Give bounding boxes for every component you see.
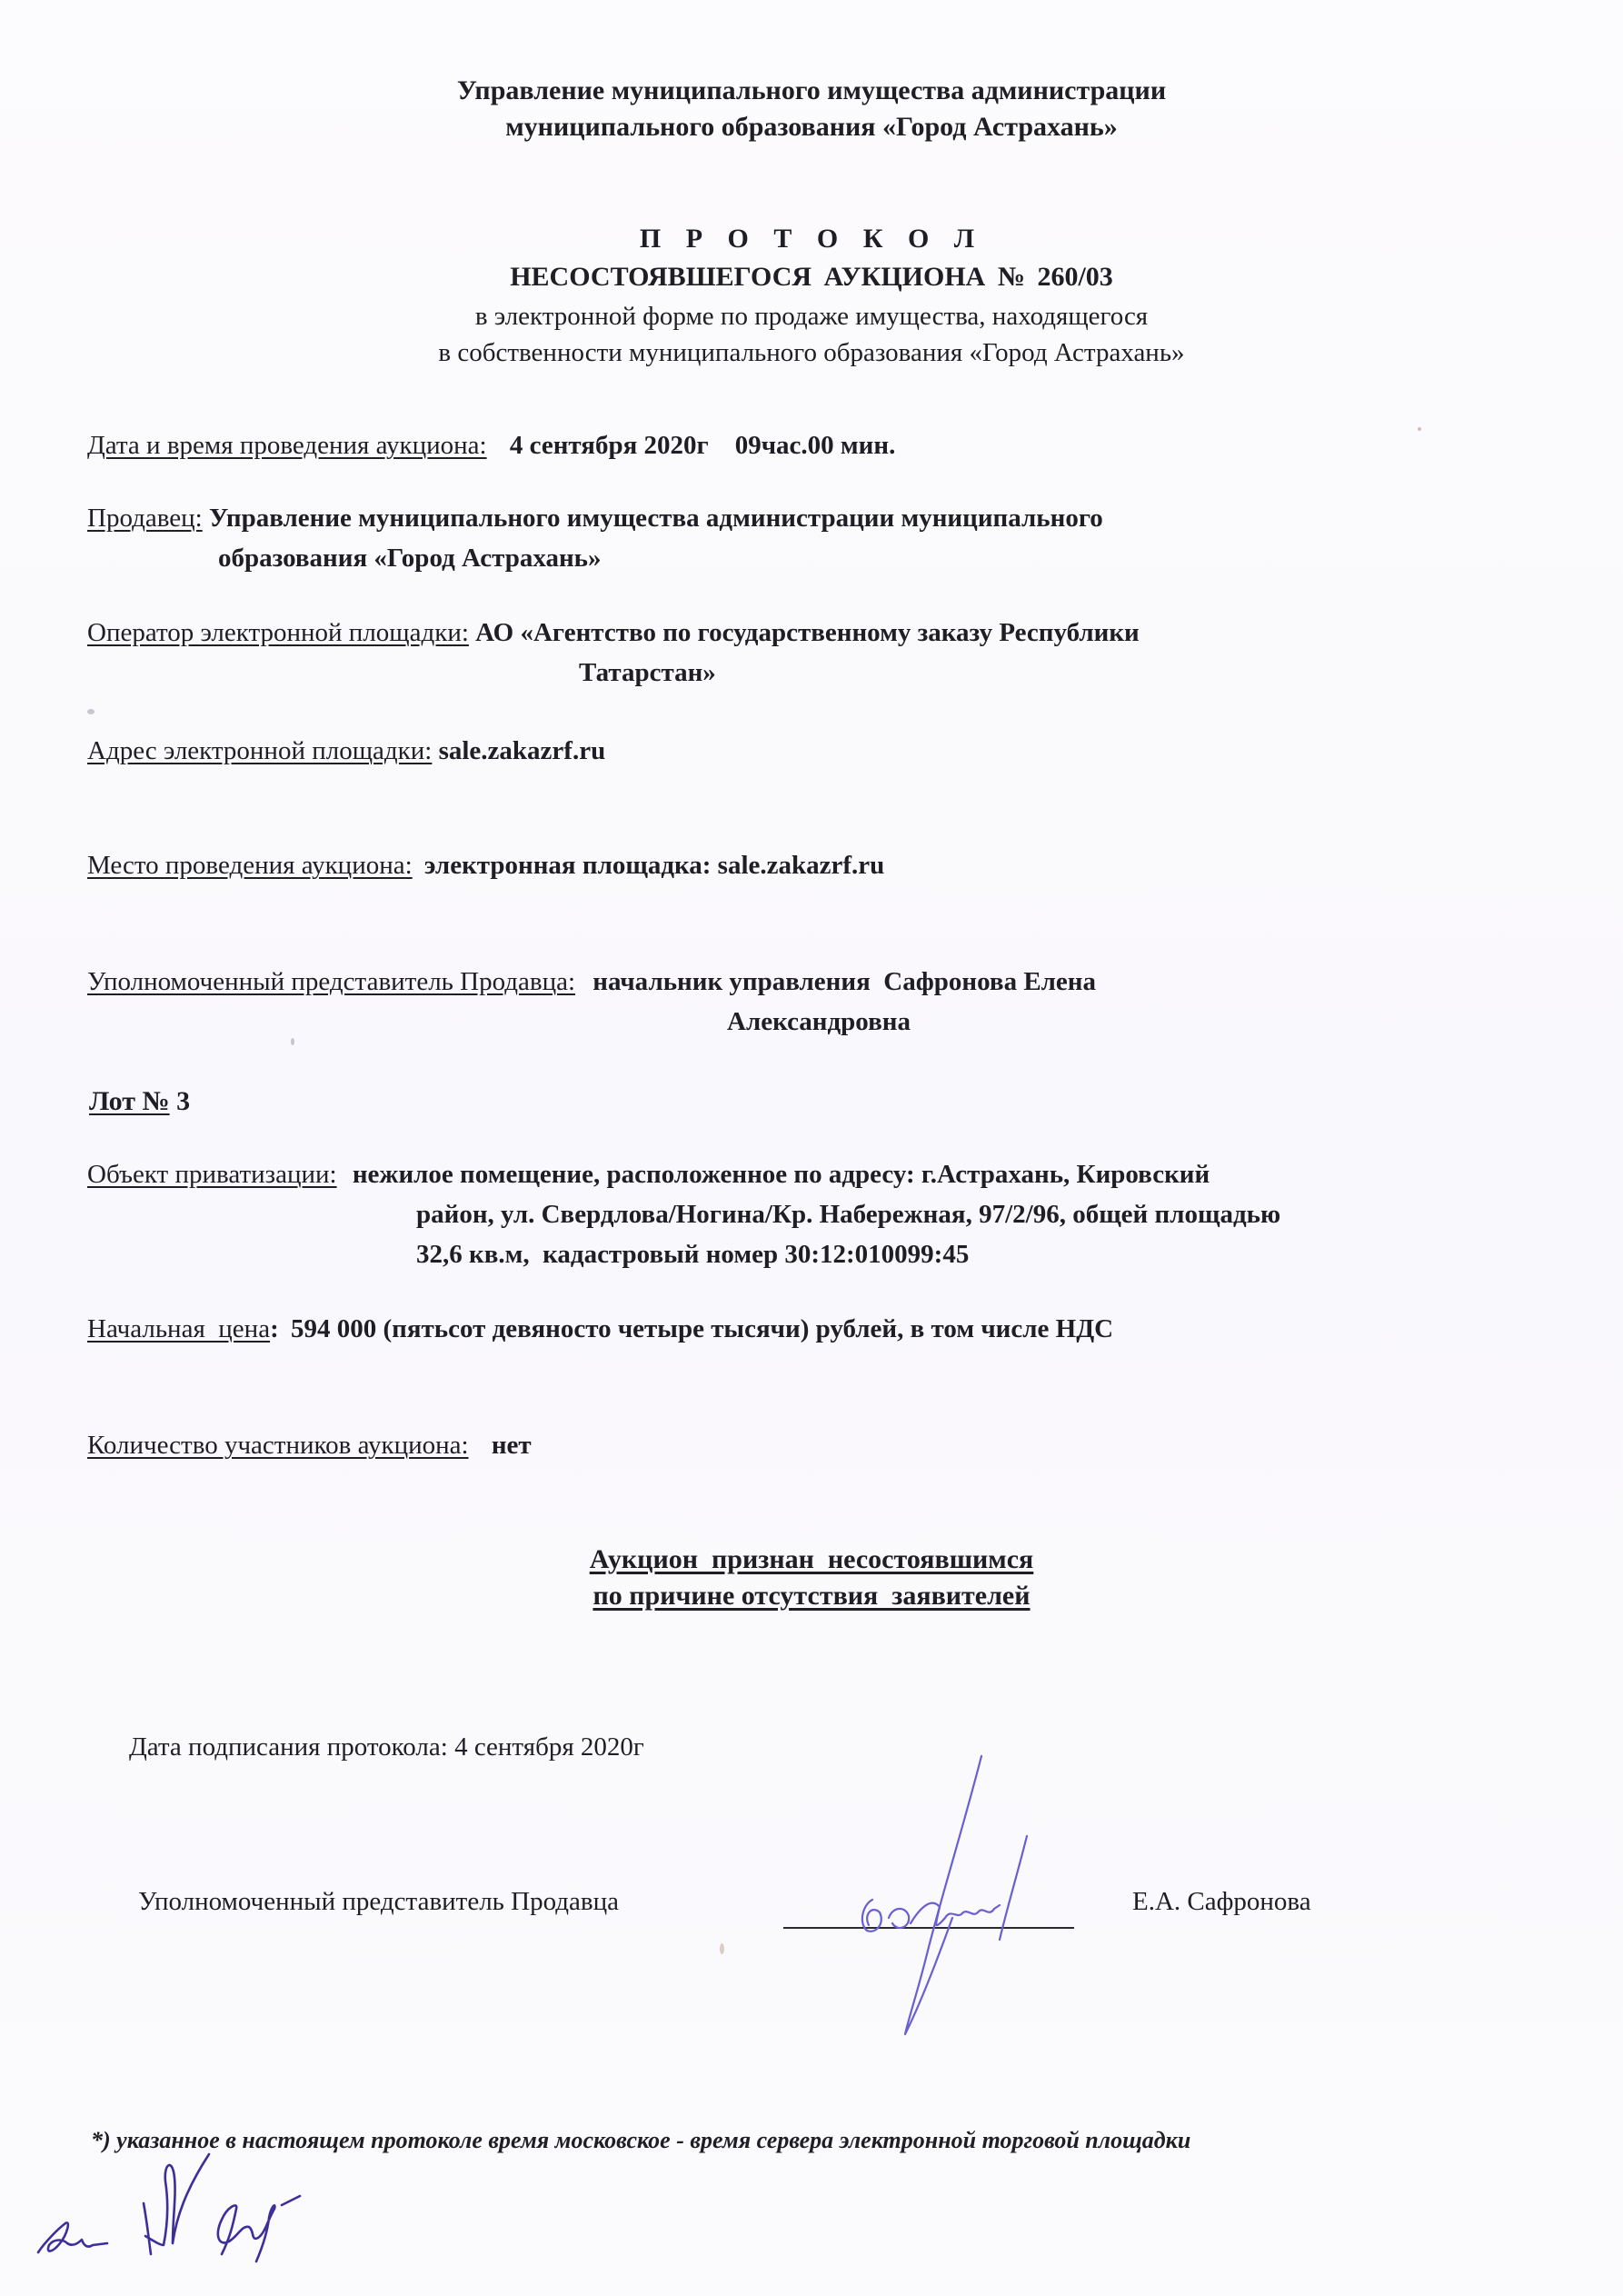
signer-role: Уполномоченный представитель Продавца <box>138 1883 619 1920</box>
field-object: Объект приватизации: нежилое помещение, … <box>87 1156 1210 1193</box>
operator-value-line1: АО «Агентство по государственному заказу… <box>475 618 1140 647</box>
doc-type-title: П Р О Т О К О Л <box>0 224 1623 255</box>
field-start-price: Начальная цена: 594 000 (пятьсот девянос… <box>87 1311 1113 1347</box>
conclusion-line1: Аукцион признан несостоявшимся <box>0 1542 1623 1578</box>
field-object-cont1: район, ул. Свердлова/Ногина/Кр. Набережн… <box>416 1196 1280 1233</box>
footnote: *) указанное в настоящем протоколе время… <box>91 2127 1190 2154</box>
seller-value-line1: Управление муниципального имущества адми… <box>209 504 1103 533</box>
platform-address-label: Адрес электронной площадки: <box>87 736 432 765</box>
field-seller-cont: образования «Город Астрахань» <box>218 540 602 576</box>
document-page: Управление муниципального имущества адми… <box>0 0 1623 2296</box>
seller-value-line2: образования «Город Астрахань» <box>218 544 602 573</box>
object-label: Объект приватизации: <box>87 1160 337 1189</box>
venue-label: Место проведения аукциона: <box>87 851 413 880</box>
signer-name: Е.А. Сафронова <box>1132 1883 1311 1920</box>
participants-value: нет <box>492 1431 532 1460</box>
doc-subtitle-line2: в собственности муниципального образован… <box>0 334 1623 371</box>
venue-value: электронная площадка: sale.zakazrf.ru <box>424 851 884 880</box>
object-value-line2: район, ул. Свердлова/Ногина/Кр. Набережн… <box>416 1200 1280 1229</box>
scan-speck <box>87 709 95 714</box>
field-venue: Место проведения аукциона: электронная п… <box>87 847 884 883</box>
representative-value-line2: Александровна <box>727 1007 911 1036</box>
org-header-line1: Управление муниципального имущества адми… <box>0 73 1623 109</box>
field-datetime: Дата и время проведения аукциона: 4 сент… <box>87 427 895 464</box>
platform-address-value: sale.zakazrf.ru <box>439 736 606 765</box>
field-object-cont2: 32,6 кв.м, кадастровый номер 30:12:01009… <box>416 1236 969 1273</box>
field-representative-cont: Александровна <box>727 1003 911 1040</box>
operator-label: Оператор электронной площадки: <box>87 618 469 647</box>
field-representative: Уполномоченный представитель Продавца: н… <box>87 963 1096 1000</box>
field-operator-cont: Татарстан» <box>579 654 716 691</box>
datetime-value: 4 сентября 2020г 09час.00 мин. <box>510 431 896 460</box>
initials-marks <box>27 2154 327 2272</box>
representative-value-line1: начальник управления Сафронова Елена <box>592 967 1096 996</box>
conclusion-line2: по причине отсутствия заявителей <box>0 1578 1623 1614</box>
participants-label: Количество участников аукциона: <box>87 1431 469 1460</box>
start-price-value: 594 000 (пятьсот девяносто четыре тысячи… <box>291 1314 1113 1343</box>
scan-speck <box>720 1943 724 1954</box>
lot-label: Лот № <box>89 1086 170 1116</box>
org-header-line2: муниципального образования «Город Астрах… <box>0 109 1623 145</box>
field-participants: Количество участников аукциона: нет <box>87 1427 532 1463</box>
conclusion-block: Аукцион признан несостоявшимся по причин… <box>0 1542 1623 1614</box>
start-price-colon: : <box>270 1314 279 1343</box>
datetime-label: Дата и время проведения аукциона: <box>87 431 487 460</box>
seller-label: Продавец: <box>87 504 203 533</box>
start-price-label: Начальная цена <box>87 1314 270 1343</box>
scan-speck <box>1418 427 1421 431</box>
lot-number: 3 <box>176 1086 190 1116</box>
operator-value-line2: Татарстан» <box>579 658 716 687</box>
object-value-line3: 32,6 кв.м, кадастровый номер 30:12:01009… <box>416 1240 969 1269</box>
field-operator: Оператор электронной площадки: АО «Агент… <box>87 614 1140 651</box>
doc-subtitle-line1: в электронной форме по продаже имущества… <box>0 298 1623 334</box>
scan-speck <box>291 1038 294 1045</box>
object-value-line1: нежилое помещение, расположенное по адре… <box>353 1160 1210 1189</box>
signature-mark <box>845 1745 1145 2045</box>
field-platform-address: Адрес электронной площадки: sale.zakazrf… <box>87 733 605 769</box>
representative-label: Уполномоченный представитель Продавца: <box>87 967 575 996</box>
signing-date: Дата подписания протокола: 4 сентября 20… <box>129 1729 644 1765</box>
field-lot: Лот № 3 <box>89 1083 190 1120</box>
field-seller: Продавец: Управление муниципального имущ… <box>87 500 1103 536</box>
doc-heading: НЕСОСТОЯВШЕГОСЯ АУКЦИОНА № 260/03 <box>0 262 1623 293</box>
